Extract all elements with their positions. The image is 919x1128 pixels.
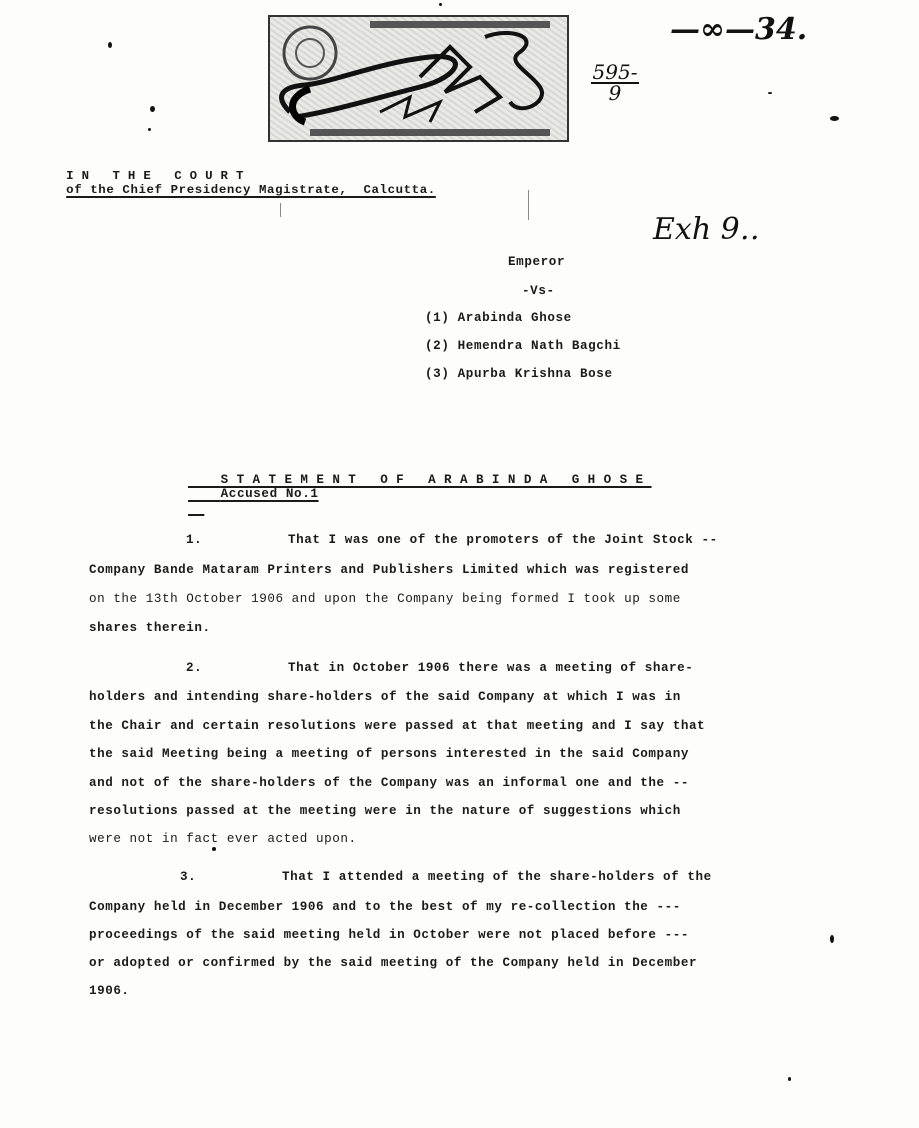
court-heading: IN THE COURT of the Chief Presidency Mag… [34, 155, 436, 211]
speck [150, 106, 155, 112]
speck [788, 1077, 791, 1081]
court-heading-spaced: IN THE COURT [66, 169, 251, 183]
statement-title-spaced: STATEMENT OF ARABINDA GHOSE [221, 473, 652, 487]
speck [148, 128, 151, 131]
revenue-stamp [268, 15, 569, 142]
file-number-bottom: 9 [591, 84, 639, 102]
accused-3: (3) Apurba Krishna Bose [425, 367, 613, 381]
corner-handwritten-mark: —∞—34. [670, 12, 807, 47]
exhibit-mark: Exh 9‥ [653, 212, 760, 247]
versus: -Vs- [522, 284, 555, 298]
paragraph-2-line: holders and intending share-holders of t… [89, 690, 681, 704]
court-heading-rest: of the Chief Presidency Magistrate, Calc… [66, 183, 436, 197]
margin-mark [528, 190, 529, 220]
speck [830, 935, 834, 943]
accused-1: (1) Arabinda Ghose [425, 311, 572, 325]
plaintiff: Emperor [508, 255, 565, 269]
paragraph-2-line: resolutions passed at the meeting were i… [89, 804, 681, 818]
paragraph-3-line: That I attended a meeting of the share-h… [282, 870, 712, 884]
speck [212, 847, 216, 851]
paragraph-1-line: on the 13th October 1906 and upon the Co… [89, 592, 681, 606]
stamp-signature-icon [270, 17, 567, 140]
statement-title: STATEMENT OF ARABINDA GHOSE Accused No.1 [188, 459, 652, 515]
paragraph-1-line: shares therein. [89, 621, 211, 635]
paragraph-2-number: 2. [186, 661, 202, 675]
statement-title-rest: Accused No.1 [221, 487, 319, 501]
paragraph-2-line: That in October 1906 there was a meeting… [288, 661, 693, 675]
speck [768, 92, 772, 94]
paragraph-2-line: and not of the share-holders of the Comp… [89, 776, 689, 790]
file-number: 595- 9 [591, 63, 639, 102]
paragraph-2-line: the Chair and certain resolutions were p… [89, 719, 705, 733]
paragraph-2-line: the said Meeting being a meeting of pers… [89, 747, 689, 761]
speck [439, 3, 442, 6]
paragraph-2-line: were not in fact ever acted upon. [89, 832, 357, 846]
document-page: 595- 9 —∞—34. IN THE COURT of the Chief … [0, 0, 919, 1128]
accused-2: (2) Hemendra Nath Bagchi [425, 339, 621, 353]
paragraph-1-number: 1. [186, 533, 202, 547]
paragraph-1-line: Company Bande Mataram Printers and Publi… [89, 563, 689, 577]
paragraph-1-line: That I was one of the promoters of the J… [288, 533, 718, 547]
paragraph-3-line: 1906. [89, 984, 130, 998]
margin-mark [280, 203, 281, 217]
speck [830, 116, 839, 121]
paragraph-3-line: or adopted or confirmed by the said meet… [89, 956, 697, 970]
paragraph-3-line: Company held in December 1906 and to the… [89, 900, 681, 914]
speck [108, 42, 112, 48]
paragraph-3-line: proceedings of the said meeting held in … [89, 928, 689, 942]
paragraph-3-number: 3. [180, 870, 196, 884]
